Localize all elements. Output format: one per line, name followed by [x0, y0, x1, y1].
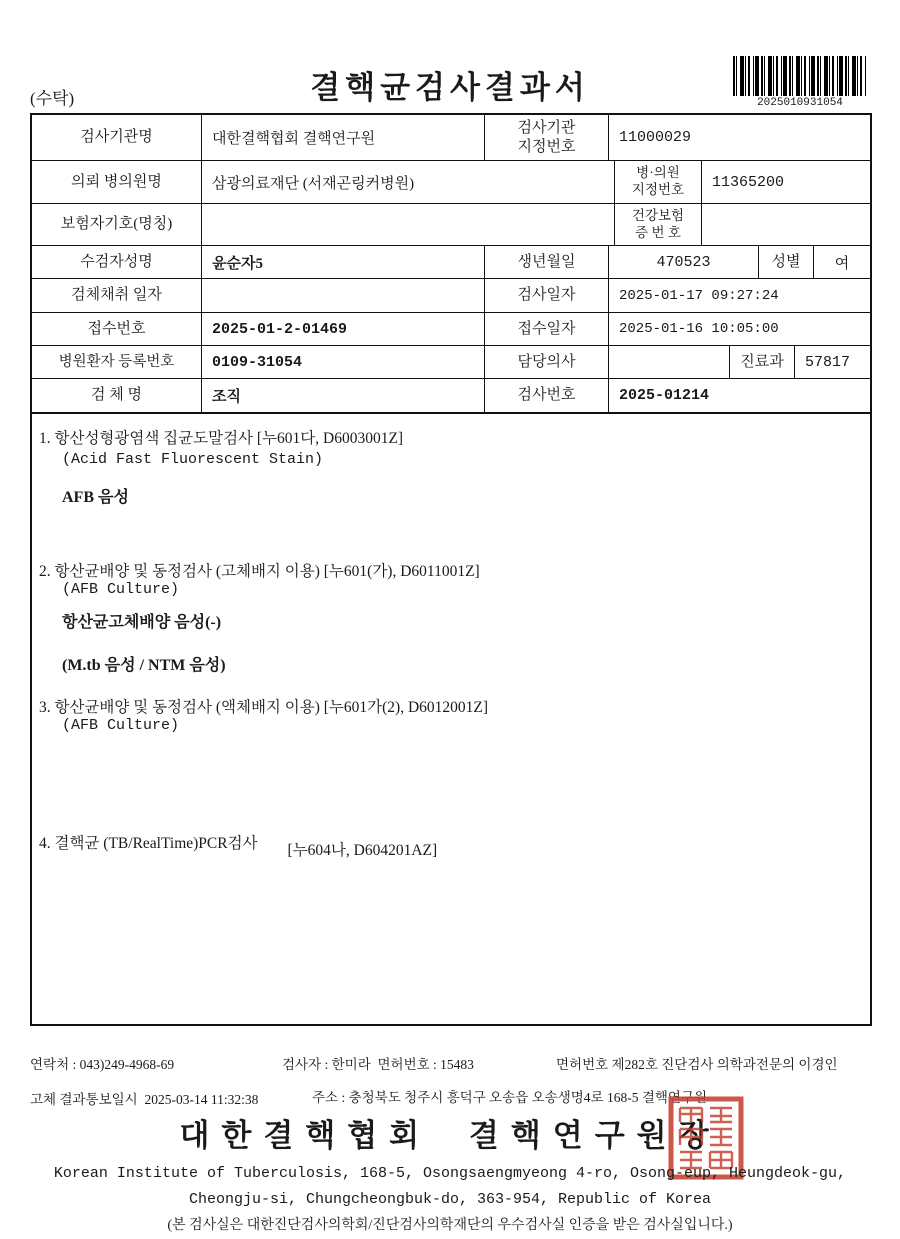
section-subtitle: (Acid Fast Fluorescent Stain) [62, 451, 860, 468]
sex-value: 여 [814, 246, 870, 278]
section-title: 1. 항산성형광염색 집균도말검사 [누601다, D6003001Z] [39, 426, 860, 448]
hospital-number-value: 11365200 [702, 161, 870, 203]
table-row: 검체채취 일자 검사일자 2025-01-17 09:27:24 [32, 279, 870, 313]
test-number-label: 검사번호 [485, 379, 609, 412]
sex-label: 성별 [759, 246, 814, 278]
address-english-line1: Korean Institute of Tuberculosis, 168-5,… [0, 1165, 900, 1182]
accreditation-note: (본 검사실은 대한진단검사의학회/진단검사의학재단의 우수검사실 인증을 받은… [0, 1214, 900, 1234]
results-box: 1. 항산성형광염색 집균도말검사 [누601다, D6003001Z] (Ac… [30, 410, 872, 1026]
sample-date-label: 검체채취 일자 [32, 279, 202, 312]
table-row: 의뢰 병의원명 삼광의료재단 (서재곤링커병원) 병·의원 지정번호 11365… [32, 161, 870, 204]
barcode-number: 2025010931054 [733, 97, 867, 109]
doctor-value [609, 346, 730, 378]
table-row: 보험자기호(명칭) 건강보험 증 번 호 [32, 204, 870, 246]
insurer-code-label: 보험자기호(명칭) [32, 204, 202, 245]
test-number-value: 2025-01214 [609, 379, 870, 412]
specimen-value: 조직 [202, 379, 485, 412]
receipt-number-value: 2025-01-2-01469 [202, 313, 485, 345]
lab-number-value: 11000029 [609, 115, 870, 160]
result-section-1: 1. 항산성형광염색 집균도말검사 [누601다, D6003001Z] (Ac… [39, 426, 860, 507]
result-section-2: 2. 항산균배양 및 동정검사 (고체배지 이용) [누601(가), D601… [39, 559, 860, 675]
examiner-info: 검사자 : 한미라 면허번호 : 15483 [282, 1053, 474, 1073]
result-section-4: 4. 결핵균 (TB/RealTime)PCR검사[누604나, D604201… [39, 831, 860, 853]
lab-name-value: 대한결핵협회 결핵연구원 [202, 115, 485, 160]
department-label: 진료과 [730, 346, 795, 378]
tb-test-report-page: (수탁) 결핵균검사결과서 2025010931054 검사기관명 대한결핵협회… [0, 0, 900, 1239]
address-korean: 주소 : 충청북도 청주시 흥덕구 오송읍 오송생명4로 168-5 결핵연구원 [312, 1086, 707, 1106]
address-english-line2: Cheongju-si, Chungcheongbuk-do, 363-954,… [0, 1191, 900, 1208]
patient-name-label: 수검자성명 [32, 246, 202, 278]
patient-id-value: 0109-31054 [202, 346, 485, 378]
insurance-cert-label: 건강보험 증 번 호 [615, 204, 702, 245]
barcode-block: 2025010931054 [733, 56, 867, 109]
table-row: 수검자성명 윤순자5 생년월일 470523 성별 여 [32, 246, 870, 279]
section-subtitle: (AFB Culture) [62, 581, 860, 598]
barcode-icon [733, 56, 867, 96]
table-row: 검사기관명 대한결핵협회 결핵연구원 검사기관 지정번호 11000029 [32, 115, 870, 161]
test-date-label: 검사일자 [485, 279, 609, 312]
doctor-label: 담당의사 [485, 346, 609, 378]
result-section-3: 3. 항산균배양 및 동정검사 (액체배지 이용) [누601가(2), D60… [39, 695, 860, 734]
table-row: 접수번호 2025-01-2-01469 접수일자 2025-01-16 10:… [32, 313, 870, 346]
insurer-code-value [202, 204, 615, 245]
section-code: [누604나, D604201AZ] [288, 842, 438, 859]
section-title: 4. 결핵균 (TB/RealTime)PCR검사 [39, 835, 258, 852]
birthdate-label: 생년월일 [485, 246, 609, 278]
insurance-cert-value [702, 204, 870, 245]
birthdate-value: 470523 [609, 246, 759, 278]
receipt-number-label: 접수번호 [32, 313, 202, 345]
patient-name-value: 윤순자5 [202, 246, 485, 278]
table-row: 검 체 명 조직 검사번호 2025-01214 [32, 379, 870, 412]
section-title: 3. 항산균배양 및 동정검사 (액체배지 이용) [누601가(2), D60… [39, 695, 860, 717]
lab-name-label: 검사기관명 [32, 115, 202, 160]
specimen-label: 검 체 명 [32, 379, 202, 412]
section-result-2: (M.tb 음성 / NTM 음성) [62, 652, 860, 675]
organization-title: 대한결핵협회 결핵연구원장 [0, 1110, 900, 1155]
receipt-date-value: 2025-01-16 10:05:00 [609, 313, 870, 345]
section-title: 2. 항산균배양 및 동정검사 (고체배지 이용) [누601(가), D601… [39, 559, 860, 581]
section-subtitle: (AFB Culture) [62, 717, 860, 734]
section-result: 항산균고체배양 음성(-) [62, 609, 860, 632]
info-table: 검사기관명 대한결핵협회 결핵연구원 검사기관 지정번호 11000029 의뢰… [30, 113, 872, 414]
license-info: 면허번호 제282호 진단검사 의학과전문의 이경인 [556, 1053, 838, 1073]
department-value: 57817 [795, 346, 870, 378]
sample-date-value [202, 279, 485, 312]
receipt-date-label: 접수일자 [485, 313, 609, 345]
lab-number-label: 검사기관 지정번호 [485, 115, 609, 160]
patient-id-label: 병원환자 등록번호 [32, 346, 202, 378]
test-date-value: 2025-01-17 09:27:24 [609, 279, 870, 312]
result-notify-datetime: 고체 결과통보일시 2025-03-14 11:32:38 [30, 1088, 258, 1108]
hospital-name-value: 삼광의료재단 (서재곤링커병원) [202, 161, 615, 203]
contact-info: 연락처 : 043)249-4968-69 [30, 1053, 174, 1073]
section-result: AFB 음성 [62, 484, 860, 507]
hospital-number-label: 병·의원 지정번호 [615, 161, 702, 203]
table-row: 병원환자 등록번호 0109-31054 담당의사 진료과 57817 [32, 346, 870, 379]
hospital-name-label: 의뢰 병의원명 [32, 161, 202, 203]
